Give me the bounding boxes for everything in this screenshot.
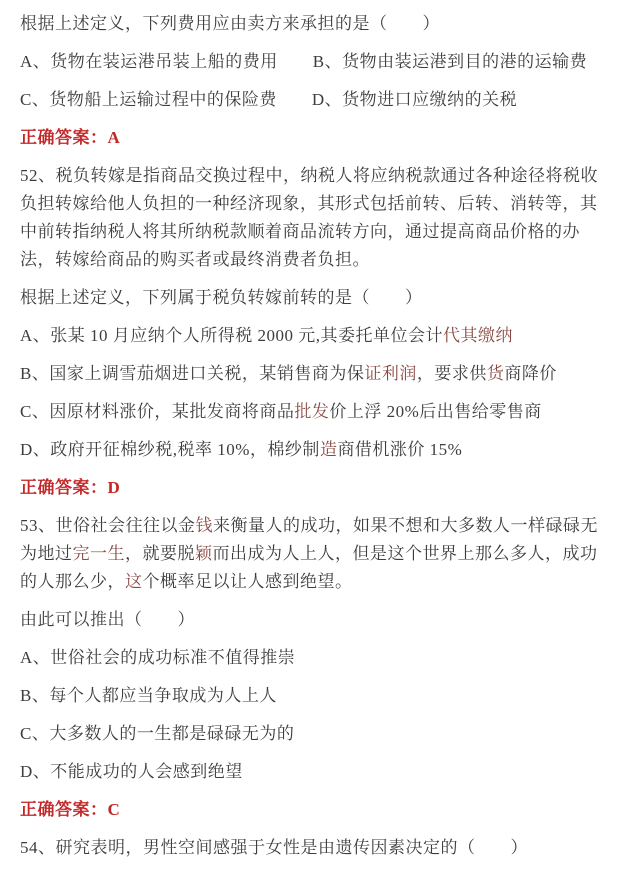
- option-53-a: A、世俗社会的成功标准不值得推崇: [20, 644, 605, 672]
- exam-document: 根据上述定义，下列费用应由卖方来承担的是（ ）A、货物在装运港吊装上船的费用 B…: [0, 0, 625, 882]
- text-segment: B、国家上调雪茄烟进口关税，某销售商为保: [20, 364, 364, 383]
- text-segment: 根据上述定义，下列费用应由卖方来承担的是（ ）: [20, 14, 440, 33]
- question-stem-53: 53、世俗社会往往以金钱来衡量人的成功，如果不想和大多数人一样碌碌无为地过完一生…: [20, 512, 605, 596]
- text-segment: B、每个人都应当争取成为人上人: [20, 686, 277, 705]
- highlighted-text: 完一生: [73, 544, 126, 563]
- text-segment: 根据上述定义，下列属于税负转嫁前转的是（ ）: [20, 288, 423, 307]
- answer-text: 正确答案：C: [20, 800, 120, 819]
- question-prompt: 根据上述定义，下列费用应由卖方来承担的是（ ）: [20, 10, 605, 38]
- option-53-d: D、不能成功的人会感到绝望: [20, 758, 605, 786]
- question-prompt-54: 54、研究表明，男性空间感强于女性是由遗传因素决定的（ ）: [20, 834, 605, 862]
- text-segment: 价上浮 20%后出售给零售商: [329, 402, 541, 421]
- text-segment: C、货物船上运输过程中的保险费 D、货物进口应缴纳的关税: [20, 90, 517, 109]
- highlighted-text: 货: [487, 364, 505, 383]
- text-segment: 个概率足以让人感到绝望。: [143, 572, 353, 591]
- highlighted-text: 批发: [294, 402, 329, 421]
- highlighted-text: 这: [125, 572, 143, 591]
- text-segment: ，要求供: [417, 364, 487, 383]
- text-segment: C、因原材料涨价，某批发商将商品: [20, 402, 294, 421]
- answer-text: 正确答案：D: [20, 478, 120, 497]
- text-segment: 53、世俗社会往往以金: [20, 516, 196, 535]
- text-segment: D、不能成功的人会感到绝望: [20, 762, 243, 781]
- text-segment: 由此可以推出（ ）: [20, 610, 195, 629]
- option-52-d: D、政府开征棉纱税,税率 10%，棉纱制造商借机涨价 15%: [20, 436, 605, 464]
- option-52-c: C、因原材料涨价，某批发商将商品批发价上浮 20%后出售给零售商: [20, 398, 605, 426]
- text-segment: A、张某 10 月应纳个人所得税 2000 元,其委托单位会计: [20, 326, 443, 345]
- highlighted-text: 代其缴纳: [443, 326, 513, 345]
- answer-line: 正确答案：A: [20, 124, 605, 152]
- option-52-b: B、国家上调雪茄烟进口关税，某销售商为保证利润，要求供货商降价: [20, 360, 605, 388]
- option-52-a: A、张某 10 月应纳个人所得税 2000 元,其委托单位会计代其缴纳: [20, 322, 605, 350]
- text-segment: ，就要脱: [125, 544, 195, 563]
- options-row-ab: A、货物在装运港吊装上船的费用 B、货物由装运港到目的港的运输费: [20, 48, 605, 76]
- text-segment: A、货物在装运港吊装上船的费用 B、货物由装运港到目的港的运输费: [20, 52, 587, 71]
- question-prompt-52: 根据上述定义，下列属于税负转嫁前转的是（ ）: [20, 284, 605, 312]
- text-segment: 商借机涨价 15%: [337, 440, 462, 459]
- option-53-c: C、大多数人的一生都是碌碌无为的: [20, 720, 605, 748]
- text-segment: 52、税负转嫁是指商品交换过程中，纳税人将应纳税款通过各种途径将税收负担转嫁给他…: [20, 166, 598, 269]
- text-segment: 54、研究表明，男性空间感强于女性是由遗传因素决定的（ ）: [20, 838, 528, 857]
- text-segment: C、大多数人的一生都是碌碌无为的: [20, 724, 294, 743]
- option-53-b: B、每个人都应当争取成为人上人: [20, 682, 605, 710]
- question-stem-52: 52、税负转嫁是指商品交换过程中，纳税人将应纳税款通过各种途径将税收负担转嫁给他…: [20, 162, 605, 274]
- highlighted-text: 颖: [195, 544, 213, 563]
- answer-line: 正确答案：C: [20, 796, 605, 824]
- text-segment: 商降价: [504, 364, 557, 383]
- highlighted-text: 钱: [196, 516, 214, 535]
- highlighted-text: 造: [320, 440, 338, 459]
- highlighted-text: 证利润: [364, 364, 417, 383]
- answer-text: 正确答案：A: [20, 128, 120, 147]
- text-segment: A、世俗社会的成功标准不值得推崇: [20, 648, 295, 667]
- text-segment: D、政府开征棉纱税,税率 10%，棉纱制: [20, 440, 320, 459]
- answer-line: 正确答案：D: [20, 474, 605, 502]
- options-row-cd: C、货物船上运输过程中的保险费 D、货物进口应缴纳的关税: [20, 86, 605, 114]
- question-prompt-53: 由此可以推出（ ）: [20, 606, 605, 634]
